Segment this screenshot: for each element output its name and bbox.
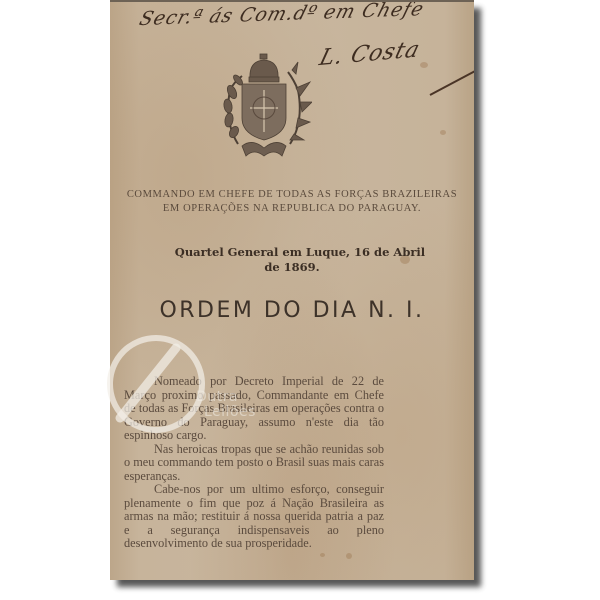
headquarters-dateline: Quartel General em Luque, 16 de Abril	[110, 246, 474, 259]
heading-line-1: Commando em Chefe de Todas as Forças Bra…	[110, 188, 474, 202]
paper-stain	[346, 553, 352, 559]
watermark-text-line-1: Dutra	[196, 390, 238, 405]
order-title: ORDEM DO DIA N. I.	[110, 298, 474, 323]
watermark-text-line-2: Leilões	[204, 405, 256, 420]
paper-stain	[420, 62, 428, 68]
handwritten-signature: L. Costa	[317, 37, 423, 71]
handwritten-annotation: Secr.ª ás Com.dº em Chefe	[137, 0, 427, 30]
paper-stain	[440, 130, 446, 135]
heading-line-2: em Operações na Republica do Paraguay.	[110, 202, 474, 216]
headquarters-year: de 1869.	[110, 261, 474, 274]
imperial-coat-of-arms-icon	[216, 52, 312, 160]
signature-flourish	[430, 66, 474, 96]
order-body: Nomeado por Decreto Imperial de 22 de Ma…	[124, 375, 384, 551]
paragraph-3: Cabe-nos por um ultimo esforço, consegui…	[124, 483, 384, 551]
paper-stain	[320, 553, 325, 557]
document-page: Secr.ª ás Com.dº em Chefe L. Costa	[110, 0, 474, 580]
paragraph-2: Nas heroicas tropas que se achão reunida…	[124, 443, 384, 484]
